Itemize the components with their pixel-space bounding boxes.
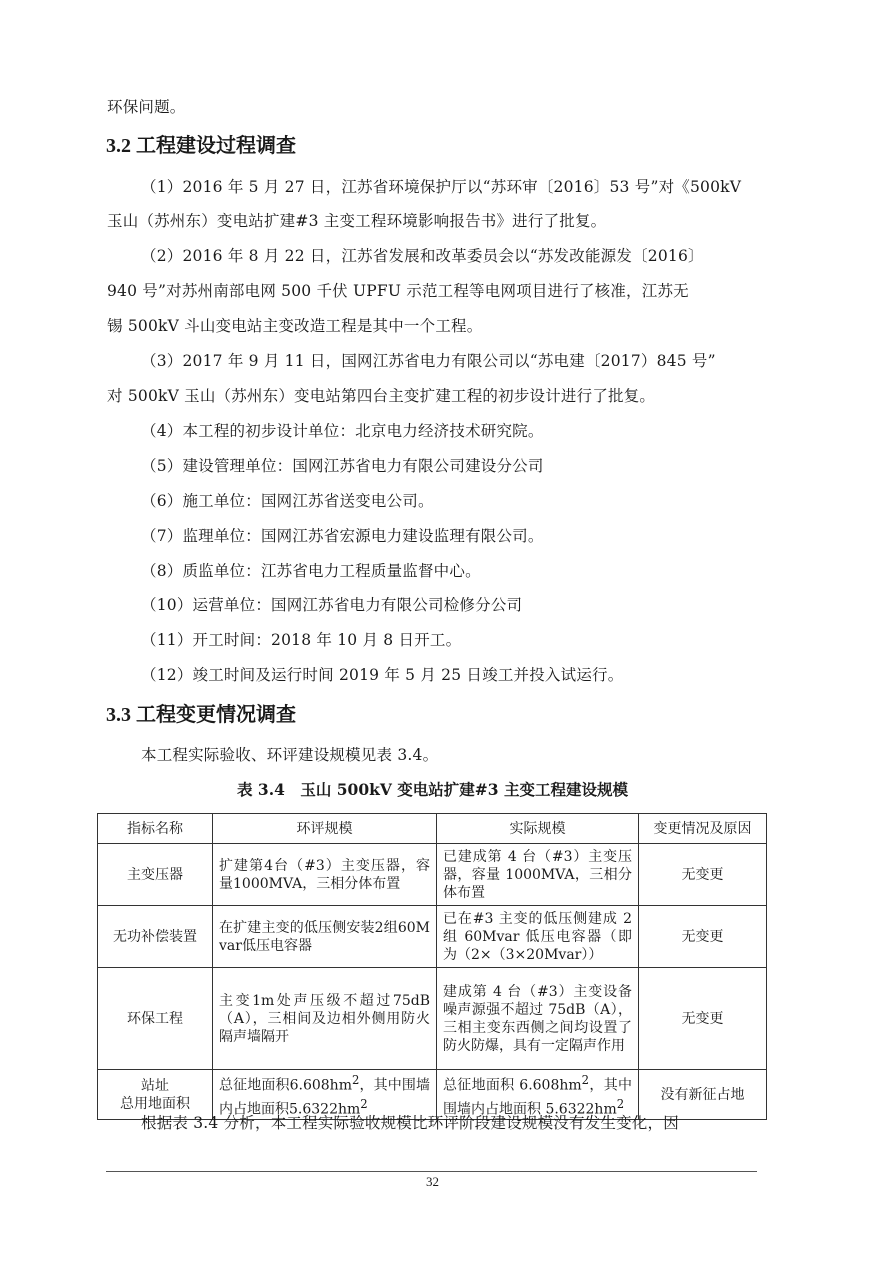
cell-change: 无变更 <box>639 844 767 906</box>
document-page: 环保问题。 3.2 工程建设过程调查 （1）2016 年 5 月 27 日，江苏… <box>0 0 893 1263</box>
page-number: 32 <box>0 1174 865 1190</box>
item-6: （6）施工单位：国网江苏省送变电公司。 <box>141 491 801 511</box>
cell-actual: 建成第 4 台（#3）主变设备噪声源强不超过 75dB（A），三相主变东西侧之间… <box>437 968 639 1070</box>
item-5: （5）建设管理单位：国网江苏省电力有限公司建设分公司 <box>141 456 801 476</box>
cell-actual: 已建成第 4 台（#3）主变压器，容量 1000MVA，三相分体布置 <box>437 844 639 906</box>
footer-divider <box>106 1171 757 1172</box>
item-10: （10）运营单位：国网江苏省电力有限公司检修分公司 <box>141 595 801 615</box>
item-3-line-1: （3）2017 年 9 月 11 日，国网江苏省电力有限公司以“苏电建〔2017… <box>141 351 801 371</box>
item-4: （4）本工程的初步设计单位：北京电力经济技术研究院。 <box>141 421 801 441</box>
item-8: （8）质监单位：江苏省电力工程质量监督中心。 <box>141 561 801 581</box>
indicator-line-1: 站址 <box>104 1077 206 1095</box>
table-row: 无功补偿装置 在扩建主变的低压侧安装2组60Mvar低压电容器 已在#3 主变的… <box>98 906 767 968</box>
cell-indicator: 主变压器 <box>98 844 213 906</box>
item-2-line-2: 940 号”对苏州南部电网 500 千伏 UPFU 示范工程等电网项目进行了核准… <box>107 281 767 301</box>
actual-area-text: 总征地面积 6.608hm <box>443 1078 582 1094</box>
cell-actual: 已在#3 主变的低压侧建成 2 组 60Mvar 低压电容器（即为（2×（3×2… <box>437 906 639 968</box>
table-row: 主变压器 扩建第4台（#3）主变压器，容量1000MVA，三相分体布置 已建成第… <box>98 844 767 906</box>
table-intro: 本工程实际验收、环评建设规模见表 3.4。 <box>141 745 801 765</box>
item-1-line-1: （1）2016 年 5 月 27 日，江苏省环境保护厅以“苏环审〔2016〕53… <box>141 177 801 197</box>
cell-eia: 在扩建主变的低压侧安装2组60Mvar低压电容器 <box>213 906 437 968</box>
header-eia-scale: 环评规模 <box>213 814 437 844</box>
superscript: 2 <box>617 1097 624 1111</box>
header-change: 变更情况及原因 <box>639 814 767 844</box>
item-2-line-1: （2）2016 年 8 月 22 日，江苏省发展和改革委员会以“苏发改能源发〔2… <box>141 246 801 266</box>
item-12: （12）竣工时间及运行时间 2019 年 5 月 25 日竣工并投入试运行。 <box>141 665 801 685</box>
scale-comparison-table: 指标名称 环评规模 实际规模 变更情况及原因 主变压器 扩建第4台（#3）主变压… <box>97 813 767 1120</box>
eia-area-text: 总征地面积6.608hm <box>219 1078 352 1094</box>
item-1-line-2: 玉山（苏州东）变电站扩建#3 主变工程环境影响报告书》进行了批复。 <box>107 211 767 231</box>
item-11: （11）开工时间：2018 年 10 月 8 日开工。 <box>141 630 801 650</box>
superscript: 2 <box>582 1073 589 1087</box>
conclusion-paragraph: 根据表 3.4 分析，本工程实际验收规模比环评阶段建设规模没有发生变化，因 <box>141 1113 801 1133</box>
header-indicator: 指标名称 <box>98 814 213 844</box>
section-heading-3-2: 3.2 工程建设过程调查 <box>106 133 296 159</box>
item-2-line-3: 锡 500kV 斗山变电站主变改造工程是其中一个工程。 <box>107 316 767 336</box>
superscript: 2 <box>360 1097 367 1111</box>
table-header-row: 指标名称 环评规模 实际规模 变更情况及原因 <box>98 814 767 844</box>
cell-change: 无变更 <box>639 906 767 968</box>
section-heading-3-3: 3.3 工程变更情况调查 <box>106 702 296 728</box>
cell-indicator: 无功补偿装置 <box>98 906 213 968</box>
indicator-line-2: 总用地面积 <box>104 1095 206 1113</box>
table-row: 环保工程 主变1m处声压级不超过75dB（A），三相间及边相外侧用防火隔声墙隔开… <box>98 968 767 1070</box>
cell-eia: 扩建第4台（#3）主变压器，容量1000MVA，三相分体布置 <box>213 844 437 906</box>
cell-eia: 主变1m处声压级不超过75dB（A），三相间及边相外侧用防火隔声墙隔开 <box>213 968 437 1070</box>
item-3-line-2: 对 500kV 玉山（苏州东）变电站第四台主变扩建工程的初步设计进行了批复。 <box>107 386 767 406</box>
table-caption: 表 3.4 玉山 500kV 变电站扩建#3 主变工程建设规模 <box>0 780 865 800</box>
item-7: （7）监理单位：国网江苏省宏源电力建设监理有限公司。 <box>141 526 801 546</box>
header-actual-scale: 实际规模 <box>437 814 639 844</box>
cell-change: 无变更 <box>639 968 767 1070</box>
paragraph-tail: 环保问题。 <box>107 97 767 117</box>
cell-indicator: 环保工程 <box>98 968 213 1070</box>
